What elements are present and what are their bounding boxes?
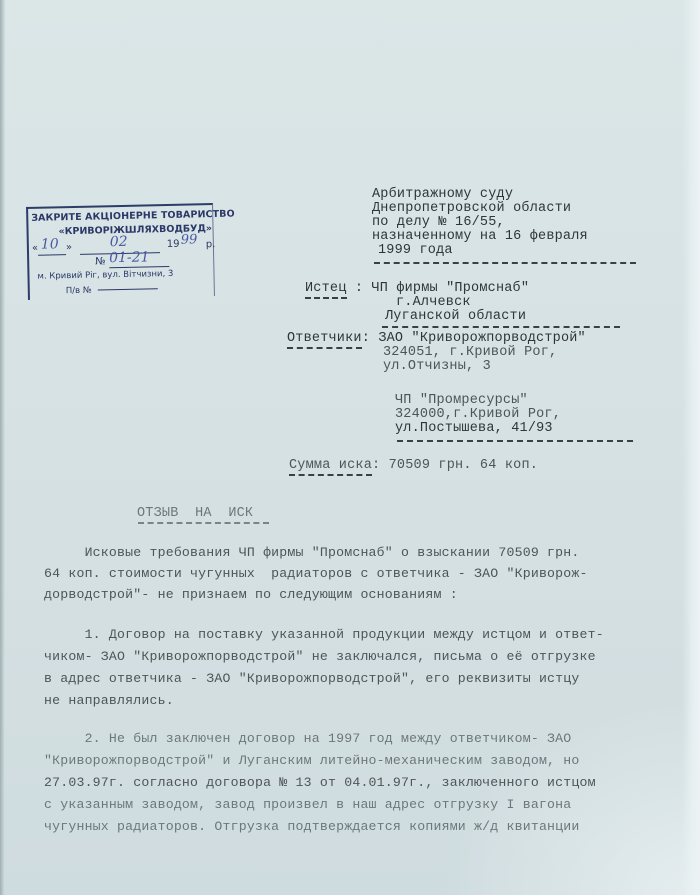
text-line: 2. Не был заключен договор на 1997 год м… (44, 732, 571, 746)
text-line: "Криворожпорводстрой" и Луганским литейн… (44, 754, 580, 768)
defendants-underline (397, 440, 633, 442)
stamp-month: 02 (110, 234, 128, 250)
claim-sum: Сумма иска: 70509 грн. 64 коп. (289, 459, 538, 473)
stamp-year-suffix: 99 (181, 232, 198, 247)
stamp-number-label: № (95, 256, 106, 267)
title-underline (138, 522, 269, 524)
text-line: дорводстрой"- не признаем по следующим о… (44, 588, 458, 602)
text-line: в адрес ответчика - ЗАО "Криворожпорводс… (44, 672, 580, 686)
plaintiff-city: г.Алчевск (396, 296, 471, 310)
text-line: 1. Договор на поставку указанной продукц… (44, 628, 604, 642)
plaintiff-label: Истец (305, 281, 347, 299)
text-line: не направлялись. (44, 694, 174, 708)
stamp-year-prefix: 19 (167, 239, 180, 250)
defendants-label: Ответчики (287, 331, 362, 349)
defendant-1-postal: 324051, г.Кривой Рог, (383, 346, 557, 360)
text-line: Исковые требования ЧП фирмы "Промснаб" о… (44, 546, 580, 560)
addressee-line: Днепропетровской области (372, 202, 571, 216)
addressee-underline (374, 262, 636, 264)
claim-sum-value: : 70509 грн. 64 коп. (372, 458, 538, 473)
text-line: чугунных радиаторов. Отгрузка подтвержда… (44, 820, 580, 834)
text-line: с указанным заводом, завод произвел в на… (44, 798, 571, 812)
company-stamp: ЗАКРИТЕ АКЦІОНЕРНЕ ТОВАРИСТВО «КРИВОРІЖШ… (26, 203, 215, 300)
defendant-2-street: ул.Постышева, 41/93 (395, 422, 553, 436)
text-line: чиком- ЗАО "Криворожпорводстрой" не закл… (44, 650, 596, 664)
addressee-line: 1999 года (378, 244, 453, 258)
addressee-line: Арбитражному суду (372, 188, 513, 202)
text-line: 64 коп. стоимости чугунных радиаторов с … (44, 567, 588, 581)
text-line: 27.03.97г. согласно договора № 13 от 04.… (44, 776, 596, 790)
defendant-2-postal: 324000,г.Кривой Рог, (395, 408, 561, 422)
stamp-address: м. Кривий Ріг, вул. Вітчизни, 3 (37, 269, 173, 282)
defendant-1-name: ЗАО "Криворожпорводстрой" (378, 331, 586, 346)
plaintiff-name: ЧП фирмы "Промснаб" (371, 281, 529, 296)
plaintiff-underline (382, 326, 620, 328)
paper-shadow (440, 695, 700, 895)
stamp-year-unit: р. (206, 239, 216, 250)
stamp-company-type: ЗАКРИТЕ АКЦІОНЕРНЕ ТОВАРИСТВО (31, 209, 235, 224)
page-edge-right (682, 0, 700, 895)
addressee-line: по делу № 16/55, (372, 216, 505, 230)
defendant-2-name: ЧП "Промресурсы" (395, 394, 528, 408)
stamp-account: П/в № (66, 284, 158, 296)
document-title: ОТЗЫВ НА ИСК (137, 507, 253, 521)
stamp-number: № 01-21 (95, 256, 106, 267)
defendant-1-street: ул.Отчизны, 3 (383, 360, 491, 374)
stamp-day: 10 (41, 236, 59, 252)
plaintiff-region: Луганской области (385, 310, 526, 324)
addressee-line: назначенному на 16 февраля (372, 230, 588, 244)
stamp-number-value: 01-21 (109, 249, 150, 266)
page-edge (0, 0, 5, 895)
claim-sum-label: Сумма иска (289, 458, 372, 476)
